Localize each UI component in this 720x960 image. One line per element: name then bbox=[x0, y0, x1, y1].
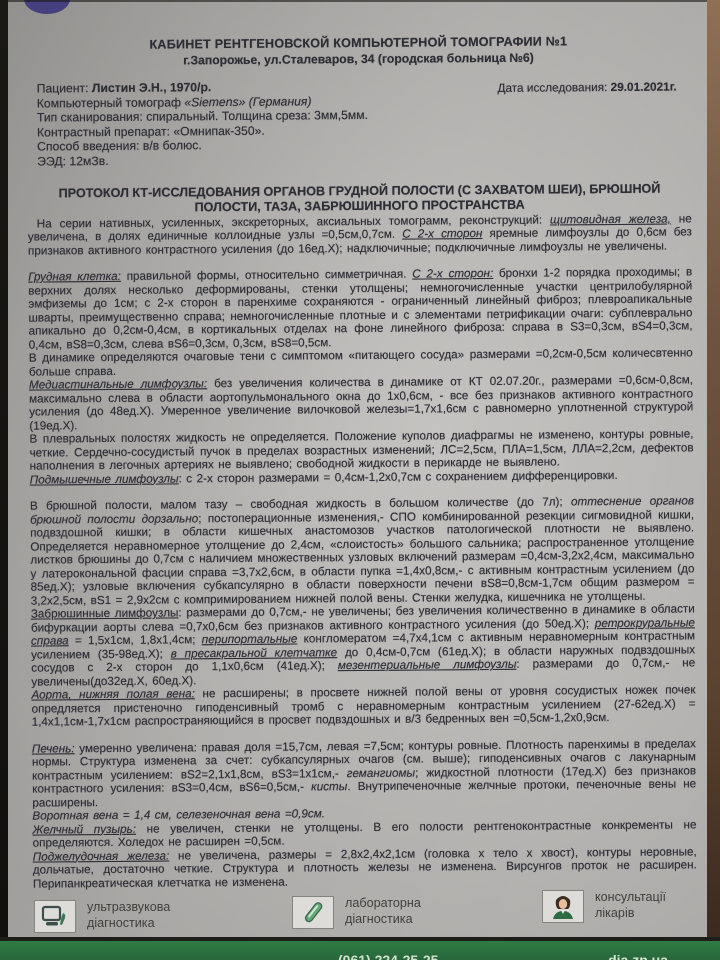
photo-right-edge bbox=[707, 0, 720, 960]
clinic-address: г.Запорожье, ул.Сталеваров, 34 (городска… bbox=[26, 49, 690, 68]
report-paragraph: Аорта, нижняя полая вена: не расширены; … bbox=[31, 683, 695, 729]
report-paragraph: В брюшной полости, малом тазу – свободна… bbox=[30, 494, 695, 607]
service-label: лабораторна діагностика bbox=[345, 896, 421, 927]
service-label-line: ультразвукова bbox=[87, 900, 170, 916]
study-meta-block: Пациент: Листин Э.Н., 1970/р. Компьютерн… bbox=[27, 76, 692, 169]
photo-left-edge bbox=[0, 0, 8, 960]
clinic-footer-band: (061) 224-25-25 dia.zp.ua bbox=[0, 941, 720, 960]
document-content: КАБИНЕТ РЕНТГЕНОВСКОЙ КОМПЬЮТЕРНОЙ ТОМОГ… bbox=[26, 0, 697, 891]
service-label-line: консультації bbox=[595, 890, 666, 906]
scanned-ct-report-photo: КАБИНЕТ РЕНТГЕНОВСКОЙ КОМПЬЮТЕРНОЙ ТОМОГ… bbox=[0, 0, 720, 960]
protocol-title: ПРОТОКОЛ КТ-ИССЛЕДОВАНИЯ ОРГАНОВ ГРУДНОЙ… bbox=[54, 181, 665, 216]
service-label-line: діагностика bbox=[345, 912, 421, 928]
study-date-label: Дата исследования: bbox=[497, 80, 607, 95]
study-date-value: 29.01.2021г. bbox=[611, 79, 677, 94]
report-paragraph: Медиастинальные лимфоузлы: без увеличени… bbox=[29, 373, 693, 432]
clinic-phone: (061) 224-25-25 bbox=[338, 952, 438, 960]
service-ultrasound: ультразвукова діагностика bbox=[34, 900, 170, 933]
report-paragraph: Грудная клетка: правильной формы, относи… bbox=[28, 265, 693, 351]
lab-test-tube-icon bbox=[292, 896, 334, 929]
report-paragraph: Поджелудочная железа: не увеличена, разм… bbox=[33, 845, 697, 891]
doctor-consultation-icon bbox=[542, 890, 584, 923]
report-paragraph: Печень: умеренно увеличена: правая доля … bbox=[32, 737, 697, 810]
report-paragraph: На серии нативных, усиленных, экскреторн… bbox=[28, 212, 692, 258]
patient-label: Пациент: bbox=[37, 81, 89, 95]
patient-name: Листин Э.Н., 1970/р. bbox=[92, 80, 211, 95]
service-label-line: лікарів bbox=[595, 906, 666, 922]
meta-lines: Компьютерный томограф «Siemens» (Германи… bbox=[37, 91, 692, 169]
service-label: консультації лікарів bbox=[595, 890, 666, 921]
service-consultations: консультації лікарів bbox=[542, 890, 666, 923]
study-date: Дата исследования: 29.01.2021г. bbox=[497, 79, 676, 95]
service-label: ультразвукова діагностика bbox=[87, 900, 170, 931]
report-body: На серии нативных, усиленных, экскреторн… bbox=[28, 212, 697, 891]
ultrasound-icon bbox=[34, 900, 76, 933]
report-paragraph: В плевральных полостях жидкость не опред… bbox=[29, 427, 693, 473]
service-label-line: діагностика bbox=[87, 916, 170, 932]
clinic-website: dia.zp.ua bbox=[608, 952, 668, 960]
report-paragraph: Забрюшинные лимфоузлы: размерами до 0,7с… bbox=[31, 602, 696, 688]
service-label-line: лабораторна bbox=[345, 896, 421, 912]
service-laboratory: лабораторна діагностика bbox=[292, 896, 421, 929]
